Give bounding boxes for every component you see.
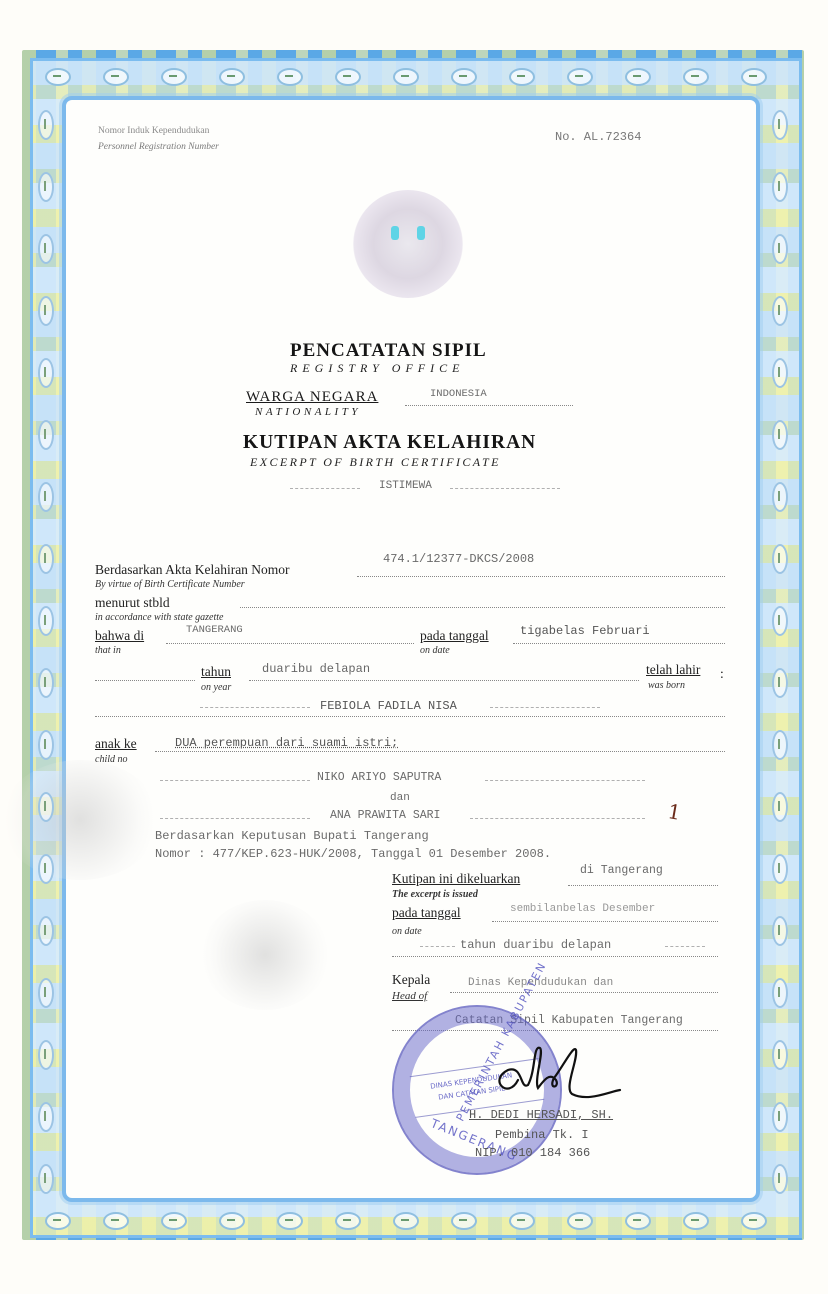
border-ornament	[772, 854, 788, 884]
border-ornament	[38, 544, 54, 574]
border-ornament	[509, 1212, 535, 1230]
cert-number-value: 474.1/12377-DKCS/2008	[383, 552, 534, 566]
issue-date-label: pada tanggal	[392, 905, 461, 921]
born-label: telah lahir	[646, 662, 700, 678]
border-ornament	[683, 1212, 709, 1230]
birth-date-value: tigabelas Februari	[520, 624, 650, 638]
nik-label-en: Personnel Registration Number	[98, 142, 219, 152]
born-label-en: was born	[648, 680, 685, 691]
border-ornament	[277, 68, 303, 86]
border-ornament	[772, 792, 788, 822]
stbld-label-en: in accordance with state gazette	[95, 612, 224, 623]
border-ornament	[772, 1164, 788, 1194]
border-ornament	[38, 482, 54, 512]
border-ornament	[772, 606, 788, 636]
issued-place: di Tangerang	[580, 864, 663, 877]
border-ornament	[772, 916, 788, 946]
nationality-label-en: NATIONALITY	[255, 406, 361, 418]
border-ornament	[772, 1040, 788, 1070]
border-ornament	[335, 68, 361, 86]
border-ornament	[772, 668, 788, 698]
issue-date-label-en: on date	[392, 926, 422, 937]
border-ornament	[509, 68, 535, 86]
place-label: bahwa di	[95, 628, 144, 644]
border-ornament	[772, 296, 788, 326]
border-ornament	[741, 1212, 767, 1230]
decree-line-1: Berdasarkan Keputusan Bupati Tangerang	[155, 829, 429, 843]
border-ornament	[772, 482, 788, 512]
border-ornament	[38, 358, 54, 388]
certificate-title-en: EXCERPT OF BIRTH CERTIFICATE	[250, 455, 501, 470]
border-ornament	[38, 1102, 54, 1132]
head-label-en: Head of	[392, 990, 427, 1002]
stain	[0, 760, 160, 880]
border-ornament	[567, 1212, 593, 1230]
signatory-name: H. DEDI HERSADI, SH.	[469, 1108, 613, 1122]
border-ornament	[451, 1212, 477, 1230]
border-ornament	[772, 234, 788, 264]
father-name: NIKO ARIYO SAPUTRA	[317, 771, 441, 784]
border-ornament	[38, 668, 54, 698]
mother-name: ANA PRAWITA SARI	[330, 809, 440, 822]
border-ornament	[38, 172, 54, 202]
border-ornament	[45, 68, 71, 86]
border-ornament	[772, 978, 788, 1008]
colon: :	[720, 666, 724, 682]
signatory-rank: Pembina Tk. I	[495, 1128, 589, 1142]
nik-label: Nomor Induk Kependudukan	[98, 126, 209, 136]
garuda-emblem-icon	[353, 190, 463, 298]
border-ornament	[38, 420, 54, 450]
border-ornament	[219, 1212, 245, 1230]
border-ornament	[625, 1212, 651, 1230]
border-ornament	[393, 68, 419, 86]
birth-year-value: duaribu delapan	[262, 662, 370, 676]
border-ornament	[38, 854, 54, 884]
serial-number: No. AL.72364	[555, 130, 641, 144]
place-label-en: that in	[95, 645, 121, 656]
birth-date-label: pada tanggal	[420, 628, 489, 644]
stain	[200, 900, 330, 1010]
child-no-label: anak ke	[95, 736, 137, 752]
nationality-label: WARGA NEGARA	[246, 389, 378, 406]
issue-year-value: tahun duaribu delapan	[460, 938, 611, 952]
certificate-category: ISTIMEWA	[379, 480, 432, 492]
border-ornament	[38, 1040, 54, 1070]
border-ornament	[161, 1212, 187, 1230]
cert-number-label: Berdasarkan Akta Kelahiran Nomor	[95, 562, 290, 578]
border-ornament	[451, 68, 477, 86]
border-ornament	[161, 68, 187, 86]
registry-title: PENCATATAN SIPIL	[290, 340, 487, 362]
certificate-title: KUTIPAN AKTA KELAHIRAN	[243, 432, 536, 454]
border-ornament	[38, 792, 54, 822]
border-ornament	[683, 68, 709, 86]
conjunction: dan	[390, 792, 410, 804]
nationality-value: INDONESIA	[430, 388, 487, 400]
birth-year-label: tahun	[201, 664, 231, 680]
place-value: TANGERANG	[186, 624, 243, 636]
issue-date-value: sembilanbelas Desember	[510, 903, 655, 915]
border-ornament	[277, 1212, 303, 1230]
border-ornament	[335, 1212, 361, 1230]
border-ornament	[103, 1212, 129, 1230]
border-ornament	[772, 420, 788, 450]
signatory-nip: NIP. 010 184 366	[475, 1146, 590, 1160]
border-ornament	[103, 68, 129, 86]
cert-number-label-text: Berdasarkan Akta Kelahiran Nomor	[95, 562, 290, 577]
child-name: FEBIOLA FADILA NISA	[320, 699, 457, 713]
cert-number-label-en: By virtue of Birth Certificate Number	[95, 579, 245, 590]
border-ornament	[772, 730, 788, 760]
border-ornament	[625, 68, 651, 86]
border-ornament	[772, 1102, 788, 1132]
border-ornament	[45, 1212, 71, 1230]
border-ornament	[38, 296, 54, 326]
border-ornament	[38, 730, 54, 760]
border-ornament	[38, 978, 54, 1008]
issued-label-en: The excerpt is issued	[392, 889, 478, 900]
border-ornament	[38, 110, 54, 140]
signature	[478, 1040, 628, 1110]
border-ornament	[772, 172, 788, 202]
border-ornament	[38, 606, 54, 636]
border-ornament	[219, 68, 245, 86]
border-ornament	[38, 916, 54, 946]
border-ornament	[772, 110, 788, 140]
issued-label: Kutipan ini dikeluarkan	[392, 871, 520, 887]
border-ornament	[38, 1164, 54, 1194]
birth-year-label-en: on year	[201, 682, 231, 693]
decree-line-2: Nomor : 477/KEP.623-HUK/2008, Tanggal 01…	[155, 847, 551, 861]
head-label: Kepala	[392, 972, 430, 988]
border-ornament	[772, 544, 788, 574]
border-ornament	[38, 234, 54, 264]
stbld-label: menurut stbld	[95, 595, 170, 611]
border-ornament	[567, 68, 593, 86]
registry-title-en: REGISTRY OFFICE	[290, 361, 464, 376]
child-no-value: DUA perempuan dari suami istri;	[175, 736, 398, 750]
certificate-sheet: Nomor Induk Kependudukan Personnel Regis…	[0, 0, 828, 1294]
border-ornament	[393, 1212, 419, 1230]
border-ornament	[741, 68, 767, 86]
border-ornament	[772, 358, 788, 388]
birth-date-label-en: on date	[420, 645, 450, 656]
